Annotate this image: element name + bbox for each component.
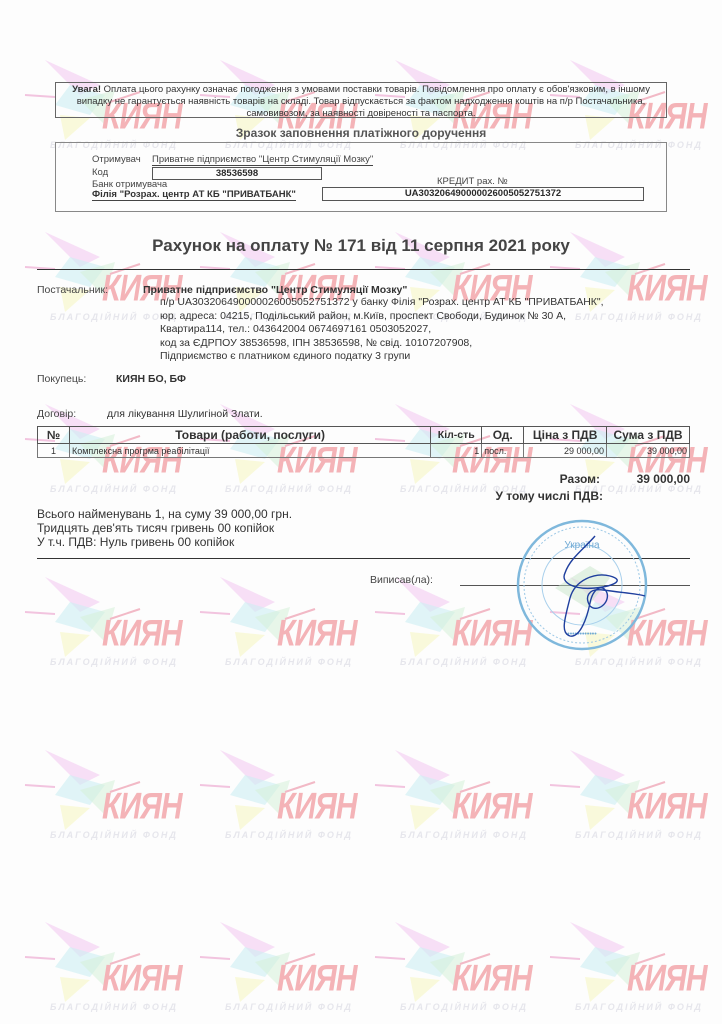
credit-account: UA303206490000026005052751372: [322, 187, 644, 201]
contract-label: Договір:: [37, 408, 76, 420]
code-label: Код: [92, 167, 108, 178]
supplier-details: п/р UA303206490000026005052751372 у банк…: [160, 296, 700, 364]
summary-amount-words: Тридцять дев'ять тисяч гривень 00 копійо…: [37, 521, 292, 535]
col-header-number: №: [38, 427, 70, 444]
bank-value: Філія "Розрах. центр АТ КБ "ПРИВАТБАНК": [92, 189, 296, 201]
recipient-label: Отримувач: [92, 154, 141, 165]
payment-notice: Увага! Оплата цього рахунку означає пого…: [55, 82, 667, 118]
invoice-title: Рахунок на оплату № 171 від 11 серпня 20…: [0, 236, 722, 256]
row-sum: 39 000,00: [607, 444, 690, 458]
buyer-value: КИЯН БО, БФ: [116, 373, 186, 385]
items-table: № Товари (работи, послуги) Кіл-сть Од. Ц…: [37, 426, 690, 458]
table-row: 1 Комплексна прогрма реабілітації 1 посл…: [38, 444, 690, 458]
payment-sample-title: Зразок заповнення платіжного доручення: [0, 126, 722, 140]
table-header-row: № Товари (работи, послуги) Кіл-сть Од. Ц…: [38, 427, 690, 444]
col-header-quantity: Кіл-сть: [431, 427, 482, 444]
supplier-name: Приватне підприємство "Центр Стимуляції …: [143, 284, 407, 296]
col-header-price: Ціна з ПДВ: [524, 427, 607, 444]
vat-label: У тому числі ПДВ:: [420, 489, 603, 503]
col-header-goods: Товари (работи, послуги): [69, 427, 430, 444]
credit-label: КРЕДИТ рах. №: [437, 176, 508, 187]
total-value: 39 000,00: [600, 472, 690, 486]
recipient-value: Приватне підприємство "Центр Стимуляції …: [152, 154, 373, 166]
company-stamp: Україна ••••••••••••: [515, 518, 649, 652]
row-price: 29 000,00: [524, 444, 607, 458]
row-name: Комплексна прогрма реабілітації: [69, 444, 430, 458]
summary-vat-words: У т.ч. ПДВ: Нуль гривень 00 копійок: [37, 535, 292, 549]
summary-items-total: Всього найменувань 1, на суму 39 000,00 …: [37, 507, 292, 521]
invoice-document: Увага! Оплата цього рахунку означає пого…: [0, 0, 722, 1024]
summary-block: Всього найменувань 1, на суму 39 000,00 …: [37, 507, 292, 549]
supplier-address: юр. адреса: 04215, Подільський район, м.…: [160, 310, 700, 324]
row-unit: посл.: [482, 444, 524, 458]
supplier-codes: код за ЄДРПОУ 38536598, ІПН 38536598, № …: [160, 337, 700, 351]
total-label: Разом:: [420, 472, 600, 486]
notice-text: Оплата цього рахунку означає погодження …: [77, 84, 650, 119]
issued-by-label: Виписав(ла):: [370, 574, 433, 586]
supplier-phones: Квартира114, тел.: 043642004 0674697161 …: [160, 323, 700, 337]
col-header-sum: Сума з ПДВ: [607, 427, 690, 444]
supplier-tax-status: Підприємство є платником єдиного податку…: [160, 350, 700, 364]
row-number: 1: [38, 444, 70, 458]
notice-lead: Увага!: [72, 84, 101, 95]
col-header-unit: Од.: [482, 427, 524, 444]
supplier-label: Постачальник:: [37, 284, 108, 296]
title-divider: [37, 269, 690, 270]
supplier-account: п/р UA303206490000026005052751372 у банк…: [160, 296, 700, 310]
code-value: 38536598: [152, 167, 322, 180]
signature-scribble-icon: [515, 518, 649, 652]
buyer-label: Покупець:: [37, 373, 86, 385]
payment-sample-box: [55, 142, 667, 212]
row-quantity: 1: [431, 444, 482, 458]
contract-value: для лікування Шулигіной Злати.: [107, 408, 263, 422]
